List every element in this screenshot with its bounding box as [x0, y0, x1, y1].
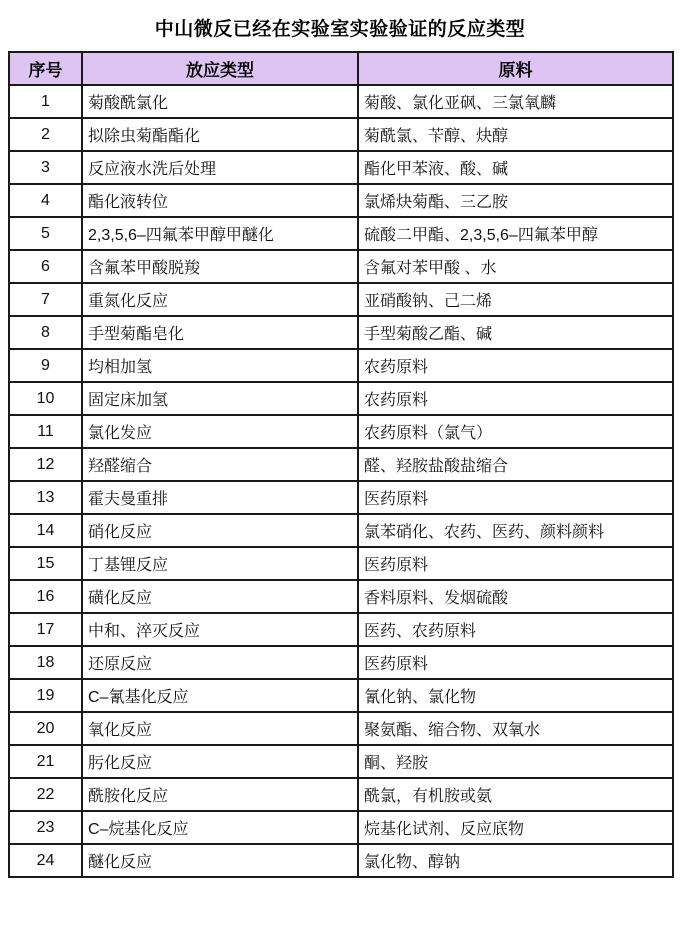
cell-reaction-type: 中和、淬灭反应: [82, 613, 358, 646]
cell-reaction-type: 磺化反应: [82, 580, 358, 613]
table-row: 6含氟苯甲酸脱羧含氟对苯甲酸 、水: [9, 250, 673, 283]
table-row: 3反应液水洗后处理酯化甲苯液、酸、碱: [9, 151, 673, 184]
cell-materials: 氯化物、醇钠: [358, 844, 673, 877]
cell-reaction-type: 均相加氢: [82, 349, 358, 382]
cell-no: 19: [9, 679, 82, 712]
cell-no: 9: [9, 349, 82, 382]
table-row: 20氧化反应聚氨酯、缩合物、双氧水: [9, 712, 673, 745]
table-row: 21肟化反应酮、羟胺: [9, 745, 673, 778]
cell-reaction-type: C–烷基化反应: [82, 811, 358, 844]
cell-materials: 医药原料: [358, 547, 673, 580]
table-row: 52,3,5,6–四氟苯甲醇甲醚化硫酸二甲酯、2,3,5,6–四氟苯甲醇: [9, 217, 673, 250]
cell-no: 14: [9, 514, 82, 547]
cell-materials: 香料原料、发烟硫酸: [358, 580, 673, 613]
cell-reaction-type: 酯化液转位: [82, 184, 358, 217]
cell-no: 10: [9, 382, 82, 415]
table-row: 19C–氰基化反应氰化钠、氯化物: [9, 679, 673, 712]
cell-materials: 亚硝酸钠、己二烯: [358, 283, 673, 316]
header-cell-materials: 原料: [358, 52, 673, 85]
reactions-table: 序号 放应类型 原料 1菊酸酰氯化菊酸、氯化亚砜、三氯氧麟2拟除虫菊酯酯化菊酰氯…: [8, 51, 674, 878]
header-row: 序号 放应类型 原料: [9, 52, 673, 85]
cell-no: 4: [9, 184, 82, 217]
cell-materials: 菊酰氯、苄醇、炔醇: [358, 118, 673, 151]
cell-materials: 农药原料（氯气）: [358, 415, 673, 448]
table-row: 9均相加氢农药原料: [9, 349, 673, 382]
cell-reaction-type: 手型菊酯皂化: [82, 316, 358, 349]
cell-materials: 硫酸二甲酯、2,3,5,6–四氟苯甲醇: [358, 217, 673, 250]
header-cell-reaction-type: 放应类型: [82, 52, 358, 85]
cell-reaction-type: 硝化反应: [82, 514, 358, 547]
cell-reaction-type: 还原反应: [82, 646, 358, 679]
cell-reaction-type: 固定床加氢: [82, 382, 358, 415]
cell-materials: 医药原料: [358, 481, 673, 514]
cell-materials: 烷基化试剂、反应底物: [358, 811, 673, 844]
cell-materials: 氯烯炔菊酯、三乙胺: [358, 184, 673, 217]
cell-no: 21: [9, 745, 82, 778]
cell-materials: 手型菊酸乙酯、碱: [358, 316, 673, 349]
cell-no: 22: [9, 778, 82, 811]
cell-reaction-type: 拟除虫菊酯酯化: [82, 118, 358, 151]
table-body: 1菊酸酰氯化菊酸、氯化亚砜、三氯氧麟2拟除虫菊酯酯化菊酰氯、苄醇、炔醇3反应液水…: [9, 85, 673, 877]
table-row: 13霍夫曼重排医药原料: [9, 481, 673, 514]
cell-materials: 醛、羟胺盐酸盐缩合: [358, 448, 673, 481]
cell-reaction-type: 醚化反应: [82, 844, 358, 877]
table-row: 11氯化发应农药原料（氯气）: [9, 415, 673, 448]
cell-materials: 氰化钠、氯化物: [358, 679, 673, 712]
table-row: 4酯化液转位氯烯炔菊酯、三乙胺: [9, 184, 673, 217]
cell-no: 2: [9, 118, 82, 151]
cell-no: 6: [9, 250, 82, 283]
cell-reaction-type: 菊酸酰氯化: [82, 85, 358, 118]
table-row: 17中和、淬灭反应医药、农药原料: [9, 613, 673, 646]
table-row: 23C–烷基化反应烷基化试剂、反应底物: [9, 811, 673, 844]
cell-no: 23: [9, 811, 82, 844]
cell-materials: 农药原料: [358, 349, 673, 382]
cell-materials: 含氟对苯甲酸 、水: [358, 250, 673, 283]
table-row: 12羟醛缩合醛、羟胺盐酸盐缩合: [9, 448, 673, 481]
table-row: 1菊酸酰氯化菊酸、氯化亚砜、三氯氧麟: [9, 85, 673, 118]
table-row: 2拟除虫菊酯酯化菊酰氯、苄醇、炔醇: [9, 118, 673, 151]
cell-no: 1: [9, 85, 82, 118]
table-row: 14硝化反应氯苯硝化、农药、医药、颜料颜料: [9, 514, 673, 547]
cell-no: 20: [9, 712, 82, 745]
cell-reaction-type: 含氟苯甲酸脱羧: [82, 250, 358, 283]
table-row: 16磺化反应香料原料、发烟硫酸: [9, 580, 673, 613]
table-row: 8手型菊酯皂化手型菊酸乙酯、碱: [9, 316, 673, 349]
cell-no: 13: [9, 481, 82, 514]
cell-no: 5: [9, 217, 82, 250]
cell-no: 16: [9, 580, 82, 613]
cell-reaction-type: 肟化反应: [82, 745, 358, 778]
cell-no: 18: [9, 646, 82, 679]
cell-reaction-type: 氯化发应: [82, 415, 358, 448]
cell-no: 11: [9, 415, 82, 448]
table-row: 18还原反应医药原料: [9, 646, 673, 679]
cell-reaction-type: 重氮化反应: [82, 283, 358, 316]
cell-no: 17: [9, 613, 82, 646]
cell-materials: 氯苯硝化、农药、医药、颜料颜料: [358, 514, 673, 547]
cell-reaction-type: 2,3,5,6–四氟苯甲醇甲醚化: [82, 217, 358, 250]
table-row: 15丁基锂反应医药原料: [9, 547, 673, 580]
cell-reaction-type: 霍夫曼重排: [82, 481, 358, 514]
cell-reaction-type: C–氰基化反应: [82, 679, 358, 712]
table-row: 24醚化反应氯化物、醇钠: [9, 844, 673, 877]
cell-no: 12: [9, 448, 82, 481]
cell-no: 8: [9, 316, 82, 349]
cell-reaction-type: 酰胺化反应: [82, 778, 358, 811]
table-row: 10固定床加氢农药原料: [9, 382, 673, 415]
page-title: 中山微反已经在实验室实验验证的反应类型: [0, 0, 680, 51]
cell-reaction-type: 羟醛缩合: [82, 448, 358, 481]
cell-reaction-type: 氧化反应: [82, 712, 358, 745]
cell-no: 7: [9, 283, 82, 316]
cell-no: 15: [9, 547, 82, 580]
page: 中山微反已经在实验室实验验证的反应类型 序号 放应类型 原料 1菊酸酰氯化菊酸、…: [0, 0, 680, 878]
cell-materials: 酯化甲苯液、酸、碱: [358, 151, 673, 184]
table-row: 22酰胺化反应酰氯，有机胺或氨: [9, 778, 673, 811]
header-cell-no: 序号: [9, 52, 82, 85]
cell-materials: 农药原料: [358, 382, 673, 415]
cell-materials: 酰氯，有机胺或氨: [358, 778, 673, 811]
cell-no: 24: [9, 844, 82, 877]
cell-materials: 酮、羟胺: [358, 745, 673, 778]
cell-reaction-type: 丁基锂反应: [82, 547, 358, 580]
cell-materials: 医药原料: [358, 646, 673, 679]
cell-materials: 菊酸、氯化亚砜、三氯氧麟: [358, 85, 673, 118]
cell-no: 3: [9, 151, 82, 184]
cell-materials: 医药、农药原料: [358, 613, 673, 646]
table-row: 7重氮化反应亚硝酸钠、己二烯: [9, 283, 673, 316]
cell-materials: 聚氨酯、缩合物、双氧水: [358, 712, 673, 745]
cell-reaction-type: 反应液水洗后处理: [82, 151, 358, 184]
